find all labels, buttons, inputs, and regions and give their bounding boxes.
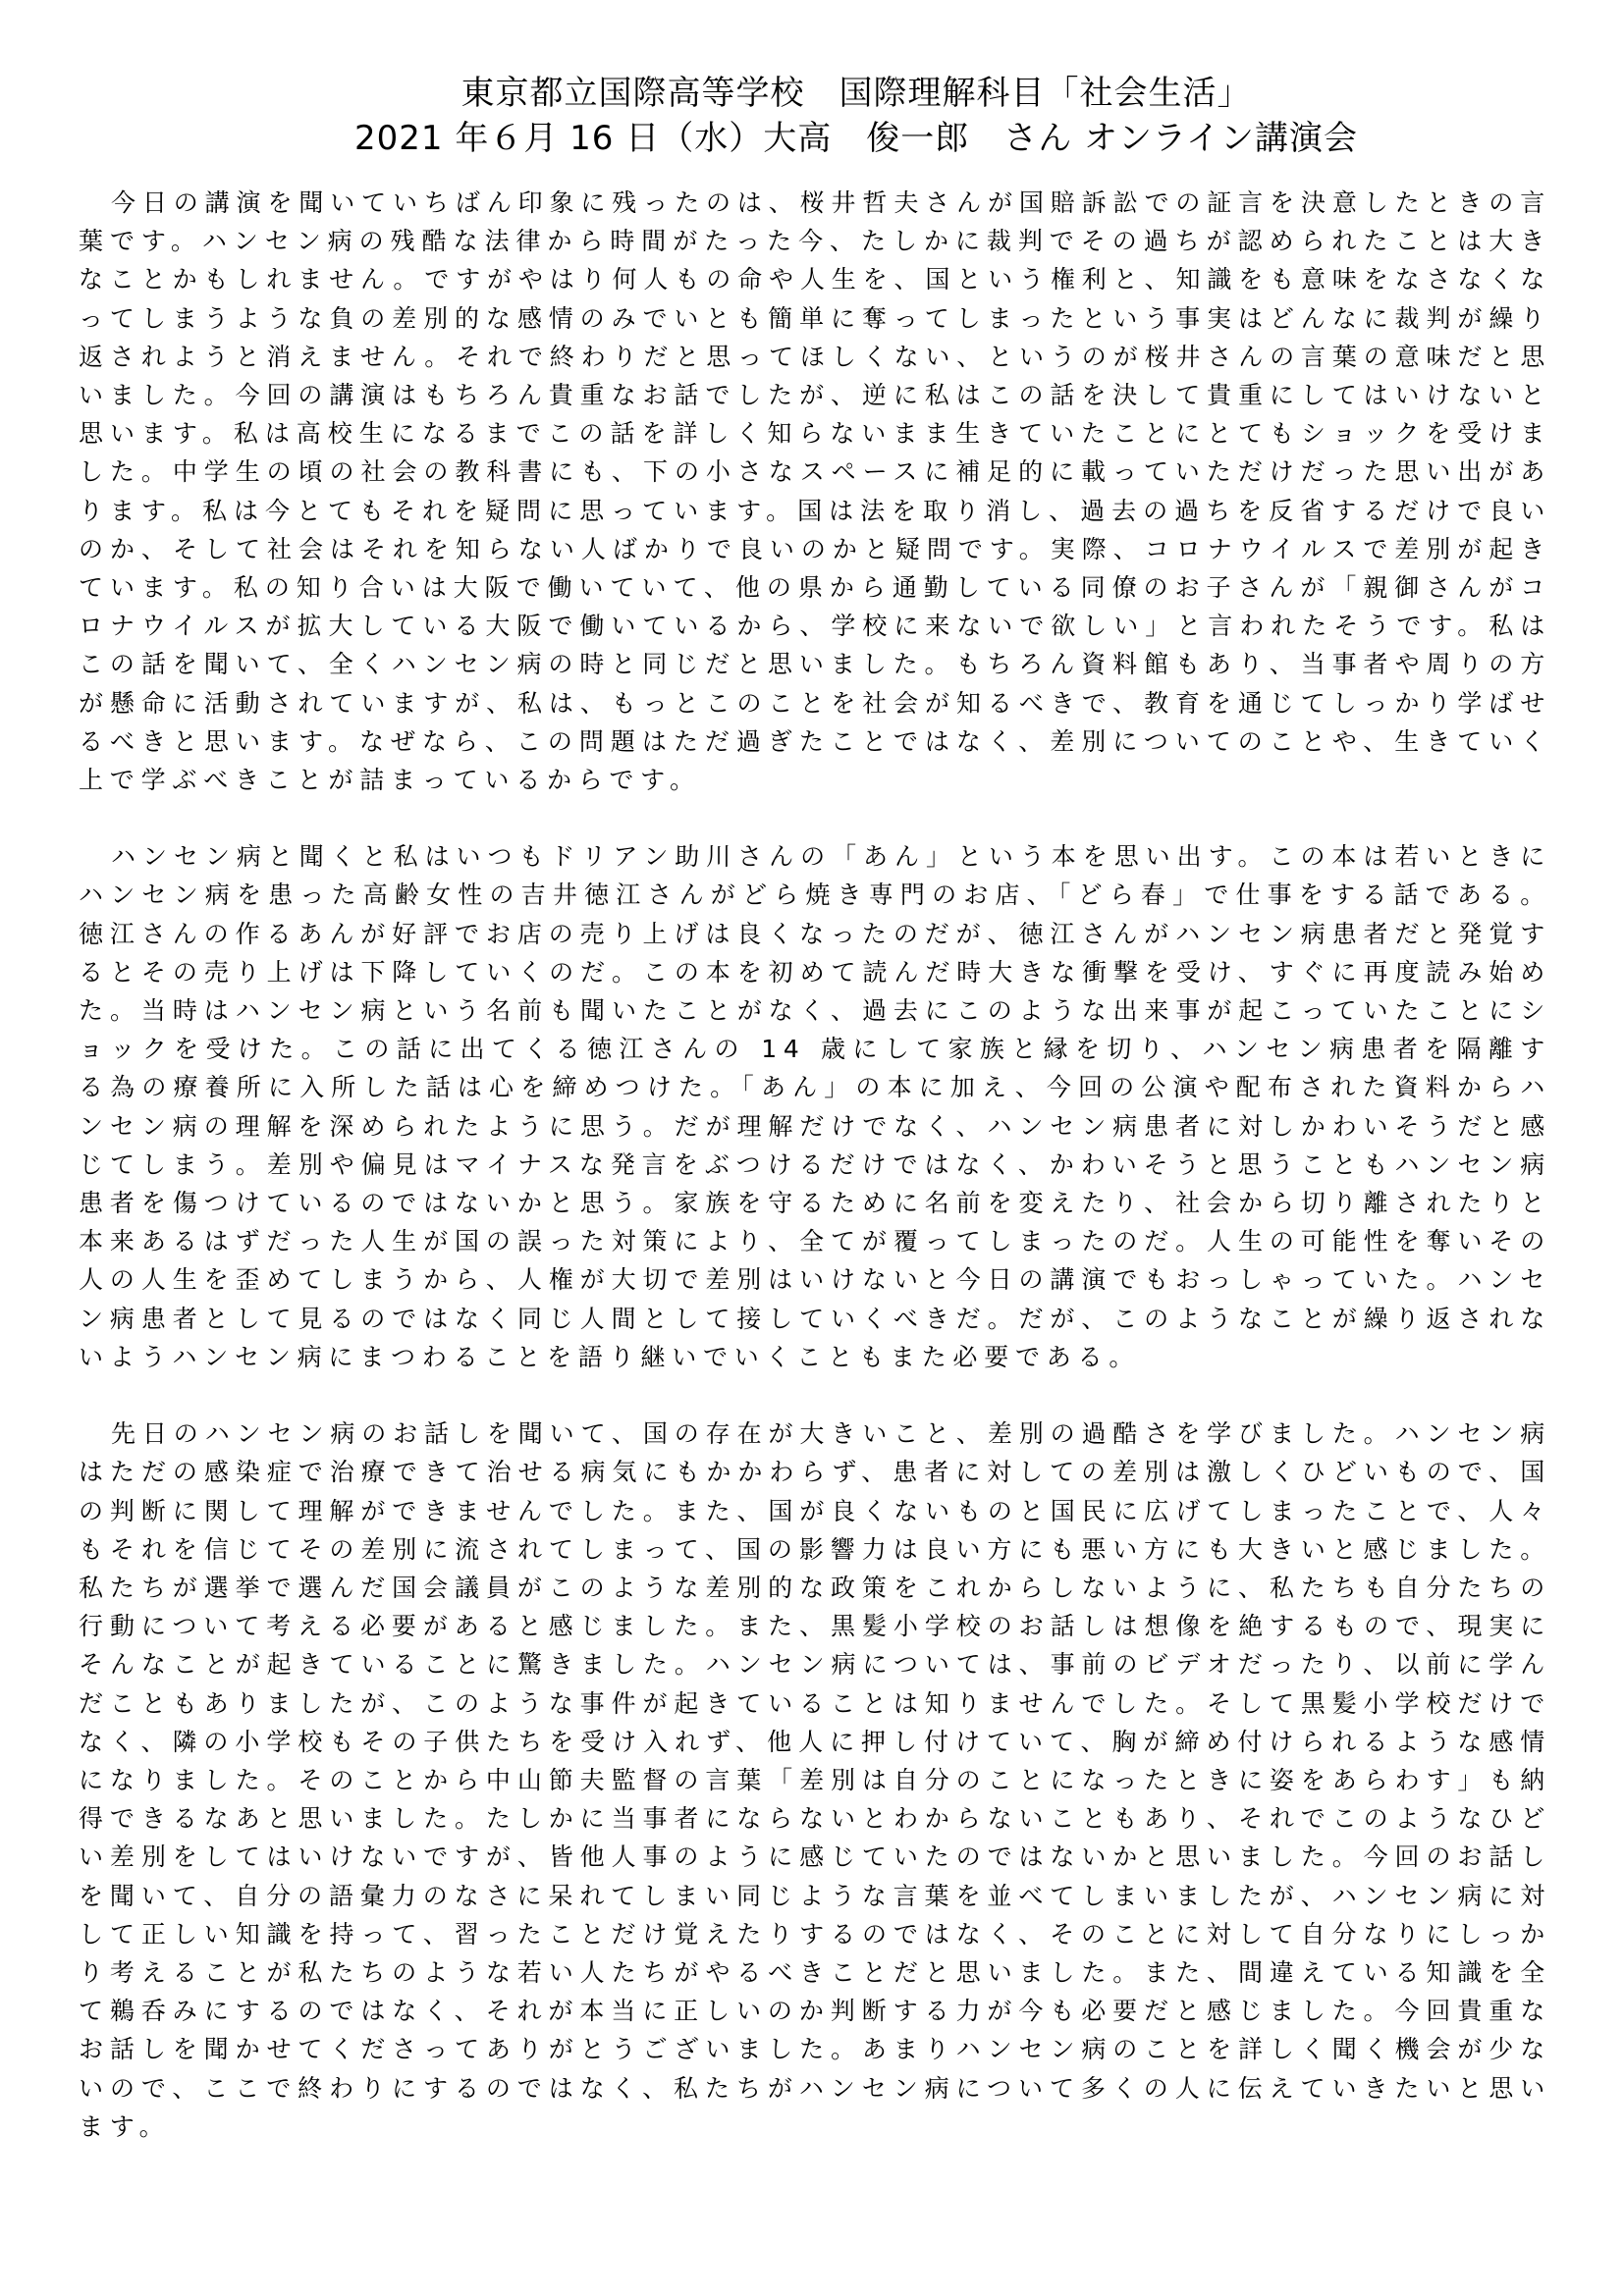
document-body: 今日の講演を聞いていちばん印象に残ったのは、桜井哲夫さんが国賠訴訟での証言を決意… <box>79 184 1551 2146</box>
paragraph-3: 先日のハンセン病のお話しを聞いて、国の存在が大きいこと、差別の過酷さを学びました… <box>79 1415 1551 2146</box>
document-title: 東京都立国際高等学校 国際理解科目「社会生活」 <box>0 71 1624 116</box>
document-page: 東京都立国際高等学校 国際理解科目「社会生活」 2021 年６月 16 日（水）… <box>0 0 1624 2296</box>
paragraph-2: ハンセン病と聞くと私はいつもドリアン助川さんの「あん」という本を思い出す。この本… <box>79 837 1551 1376</box>
document-header: 東京都立国際高等学校 国際理解科目「社会生活」 2021 年６月 16 日（水）… <box>0 71 1624 161</box>
document-subtitle: 2021 年６月 16 日（水）大高 俊一郎 さん オンライン講演会 <box>0 116 1624 161</box>
paragraph-1: 今日の講演を聞いていちばん印象に残ったのは、桜井哲夫さんが国賠訴訟での証言を決意… <box>79 184 1551 799</box>
